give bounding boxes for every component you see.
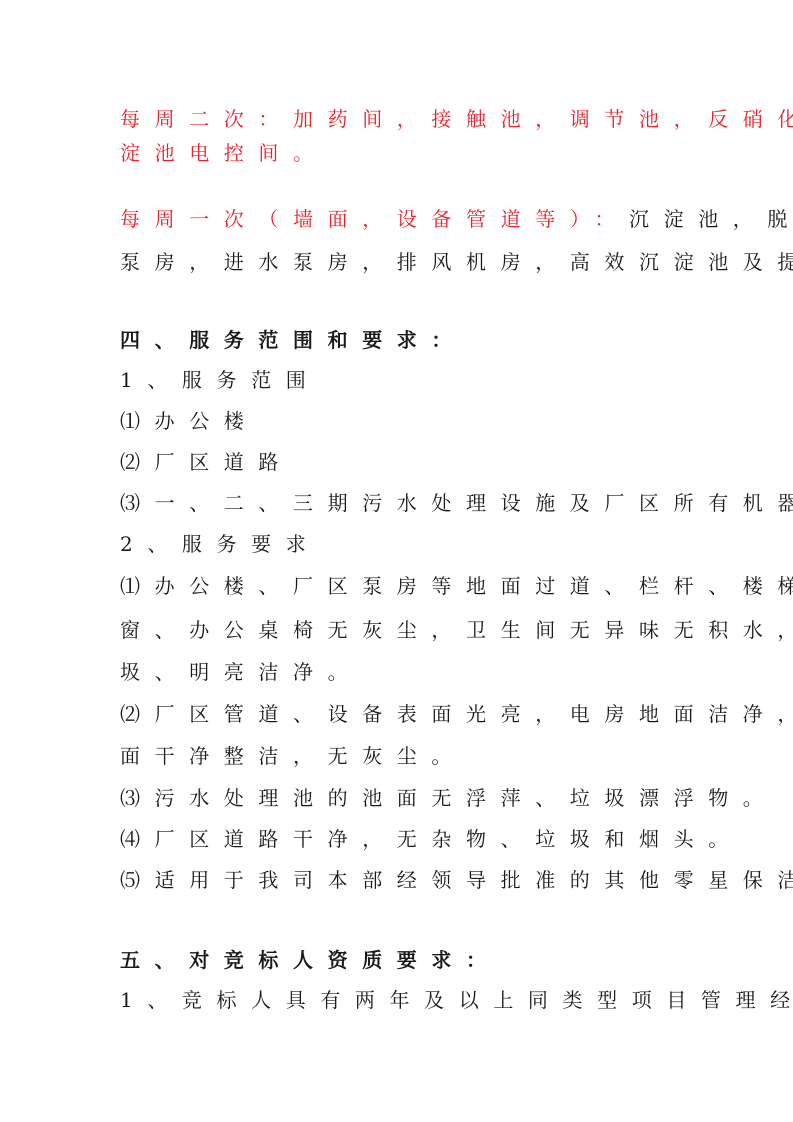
twice-weekly-line-1: 每周二次：加药间，接触池，调节池，反硝化滤池，高效沉 — [120, 107, 793, 131]
requirement-line: ⑷厂区道路干净，无杂物、垃圾和烟头。 — [120, 827, 743, 851]
requirement-line: ⑵厂区管道、设备表面光亮，电房地面洁净，操作平台、表 — [120, 702, 793, 726]
once-weekly-line-1: 每周一次（墙面，设备管道等）：沉淀池，脱水泵房，脱泥 — [120, 207, 793, 231]
once-weekly-line-2: 泵房，进水泵房，排风机房，高效沉淀池及提升泵房池。 — [120, 250, 793, 274]
scope-title: 1、服务范围 — [120, 368, 320, 392]
scope-item: ⑴办公楼 — [120, 409, 258, 433]
scope-item: ⑵厂区道路 — [120, 450, 293, 474]
twice-weekly-line-2: 淀池电控间。 — [120, 141, 328, 165]
requirement-line: 圾、明亮洁净。 — [120, 660, 362, 684]
requirement-line: ⑸适用于我司本部经领导批准的其他零星保洁服务。 — [120, 868, 793, 892]
once-weekly-label: 每周一次（墙面，设备管道等）： — [120, 207, 629, 231]
scope-item: ⑶一、二、三期污水处理设施及厂区所有机器设备 — [120, 491, 793, 515]
requirement-line: ⑶污水处理池的池面无浮萍、垃圾漂浮物。 — [120, 786, 777, 810]
requirement-line: ⑴办公楼、厂区泵房等地面过道、栏杆、楼梯干净明亮，门 — [120, 574, 793, 598]
section-4-heading: 四、服务范围和要求： — [120, 328, 466, 352]
qualification-item: 1、竞标人具有两年及以上同类型项目管理经验 — [120, 988, 793, 1012]
requirements-title: 2、服务要求 — [120, 532, 320, 556]
requirement-line: 窗、办公桌椅无灰尘，卫生间无异味无积水，整个厂区无垃 — [120, 618, 793, 642]
section-5-heading: 五、对竞标人资质要求： — [120, 948, 501, 972]
requirement-line: 面干净整洁，无灰尘。 — [120, 744, 466, 768]
once-weekly-line-1-rest: 沉淀池，脱水泵房，脱泥 — [629, 207, 793, 231]
